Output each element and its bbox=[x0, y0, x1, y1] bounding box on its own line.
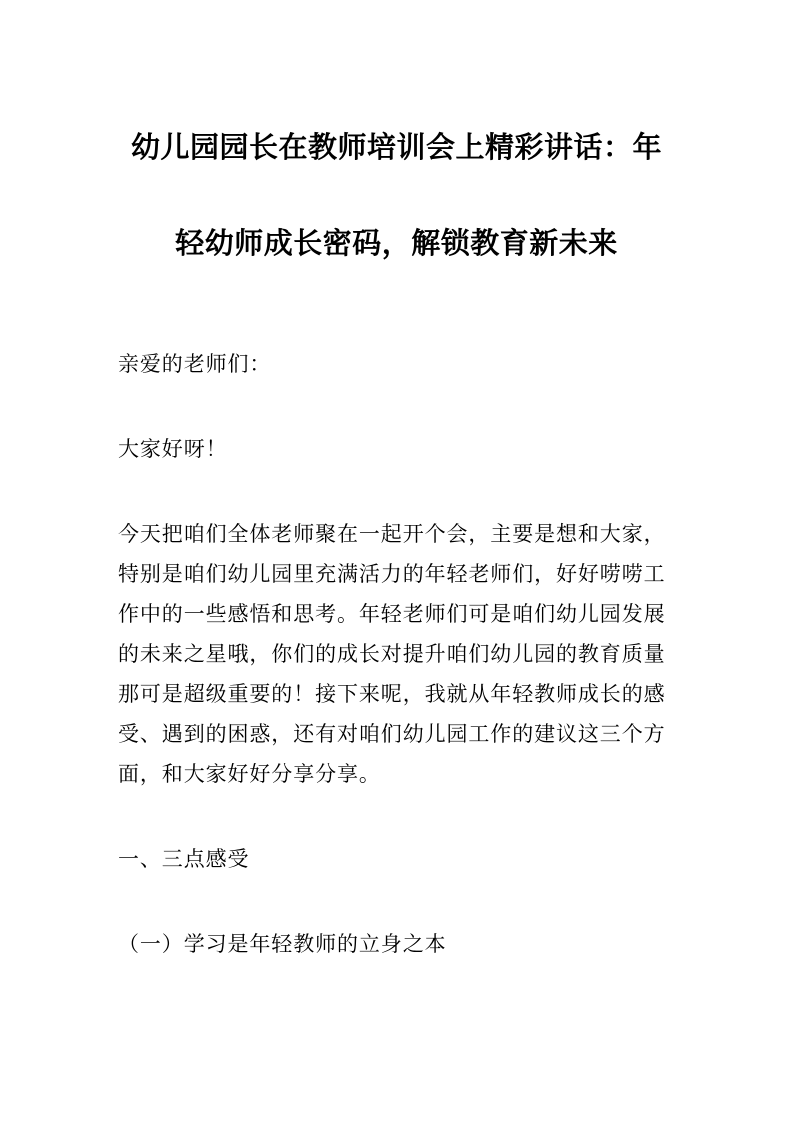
greeting: 大家好呀！ bbox=[118, 430, 675, 470]
intro-paragraph-line-5: 那可是超级重要的！接下来呢，我就从年轻教师成长的感 bbox=[118, 675, 675, 715]
salutation: 亲爱的老师们： bbox=[118, 345, 675, 385]
intro-paragraph-line-2: 特别是咱们幼儿园里充满活力的年轻老师们，好好唠唠工 bbox=[118, 555, 675, 595]
document-title-line-2: 轻幼师成长密码，解锁教育新未来 bbox=[118, 196, 675, 292]
section-heading: 一、三点感受 bbox=[118, 840, 675, 880]
intro-paragraph-line-3: 作中的一些感悟和思考。年轻老师们可是咱们幼儿园发展 bbox=[118, 595, 675, 635]
document-page: 幼儿园园长在教师培训会上精彩讲话：年 轻幼师成长密码，解锁教育新未来 亲爱的老师… bbox=[0, 0, 793, 1122]
document-title-line-1: 幼儿园园长在教师培训会上精彩讲话：年 bbox=[118, 100, 675, 196]
intro-paragraph: 今天把咱们全体老师聚在一起开个会，主要是想和大家， 特别是咱们幼儿园里充满活力的… bbox=[118, 515, 675, 795]
document-title: 幼儿园园长在教师培训会上精彩讲话：年 轻幼师成长密码，解锁教育新未来 bbox=[118, 100, 675, 292]
intro-paragraph-line-7: 面，和大家好好分享分享。 bbox=[118, 755, 675, 795]
intro-paragraph-line-4: 的未来之星哦，你们的成长对提升咱们幼儿园的教育质量 bbox=[118, 635, 675, 675]
intro-paragraph-line-6: 受、遇到的困惑，还有对咱们幼儿园工作的建议这三个方 bbox=[118, 715, 675, 755]
subsection-heading: （一）学习是年轻教师的立身之本 bbox=[118, 925, 675, 965]
intro-paragraph-line-1: 今天把咱们全体老师聚在一起开个会，主要是想和大家， bbox=[118, 515, 675, 555]
